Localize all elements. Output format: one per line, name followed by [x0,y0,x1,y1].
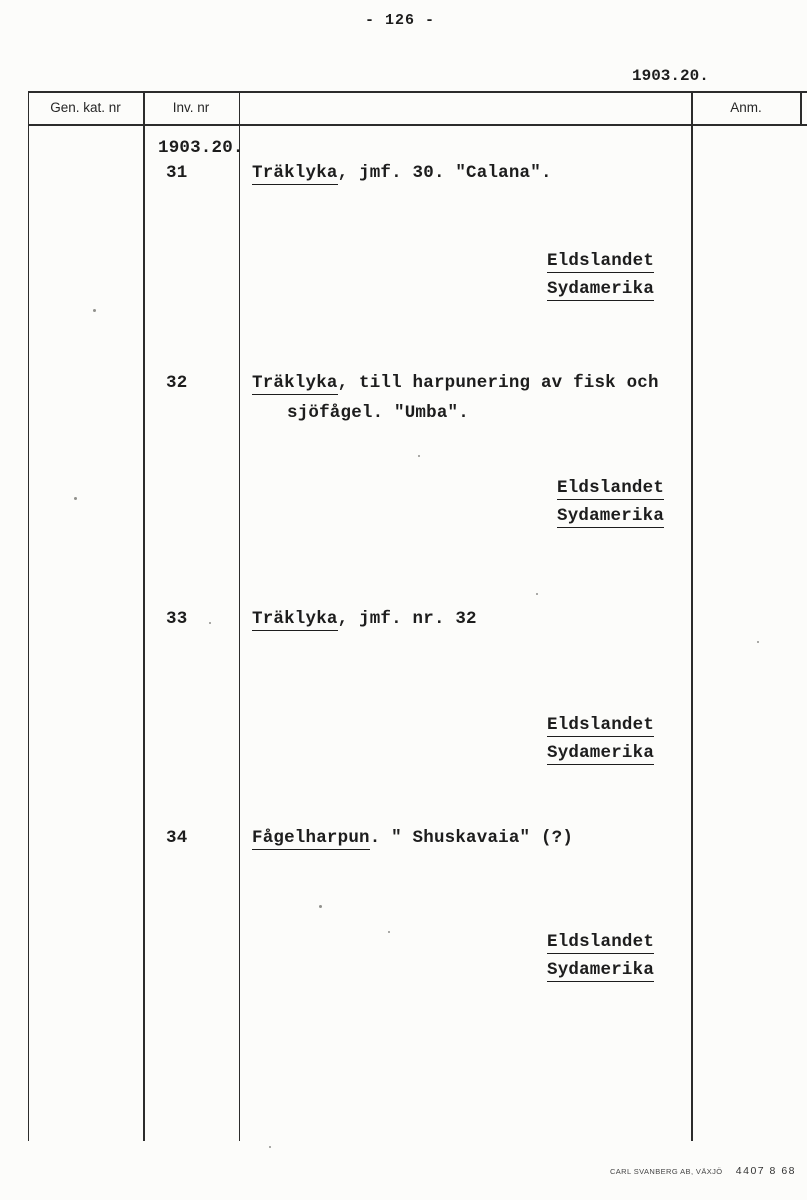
page-number: - 126 - [352,12,448,29]
scan-speck [74,497,77,500]
column-divider-genkat-inv [143,91,145,1141]
inv-nr: 33 [166,610,187,629]
scanned-catalog-page: - 126 - 1903.20. Gen. kat. nr Inv. nr An… [0,0,807,1200]
printer-code: 4407 8 68 [723,1165,796,1177]
catalog-entry-text: Fågelharpun. " Shuskavaia" (?) [252,829,573,848]
object-description: . " Shuskavaia" (?) [370,828,573,848]
provenance-region: Eldslandet [547,716,654,735]
scan-speck [269,1146,271,1148]
provenance-region: Eldslandet [547,252,654,271]
printer-name: CARL SVANBERG AB, VÄXJÖ [610,1167,723,1176]
scan-speck [536,593,538,595]
catalog-entry-text: Träklyka, till harpunering av fisk och [252,374,659,393]
inv-nr: 34 [166,829,187,848]
table-border-left [28,91,30,1141]
group-heading-catalog-number: 1903.20. [158,139,244,158]
object-description: , till harpunering av fisk och [338,373,659,393]
inv-nr: 31 [166,164,187,183]
provenance-region: Eldslandet [547,933,654,952]
scan-speck [757,641,759,643]
catalog-entry-text: Träklyka, jmf. 30. "Calana". [252,164,552,183]
column-header-gen-kat-nr: Gen. kat. nr [28,100,143,115]
catalog-entry-text: Träklyka, jmf. nr. 32 [252,610,477,629]
column-divider-main-anm [691,91,693,1141]
object-title: Träklyka [252,373,338,395]
object-title: Fågelharpun [252,828,370,850]
object-title: Träklyka [252,609,338,631]
printer-mark: CARL SVANBERG AB, VÄXJÖ 4407 8 68 [610,1161,796,1179]
scan-speck [388,931,390,933]
provenance-continent: Sydamerika [547,961,654,980]
scan-speck [93,309,96,312]
scan-speck [418,455,420,457]
column-header-inv-nr: Inv. nr [143,100,239,115]
column-header-anm: Anm. [691,100,801,115]
object-description: , jmf. 30. "Calana". [338,163,552,183]
catalog-entry-text-line2: sjöfågel. "Umba". [287,404,469,423]
inv-nr: 32 [166,374,187,393]
provenance-continent: Sydamerika [557,507,664,526]
object-title: Träklyka [252,163,338,185]
catalog-year-heading: 1903.20. [632,67,709,85]
provenance-region: Eldslandet [557,479,664,498]
scan-speck [319,905,322,908]
provenance-continent: Sydamerika [547,744,654,763]
scan-speck [209,622,211,624]
column-divider-inv-main [239,91,241,1141]
object-description: , jmf. nr. 32 [338,609,477,629]
provenance-continent: Sydamerika [547,280,654,299]
